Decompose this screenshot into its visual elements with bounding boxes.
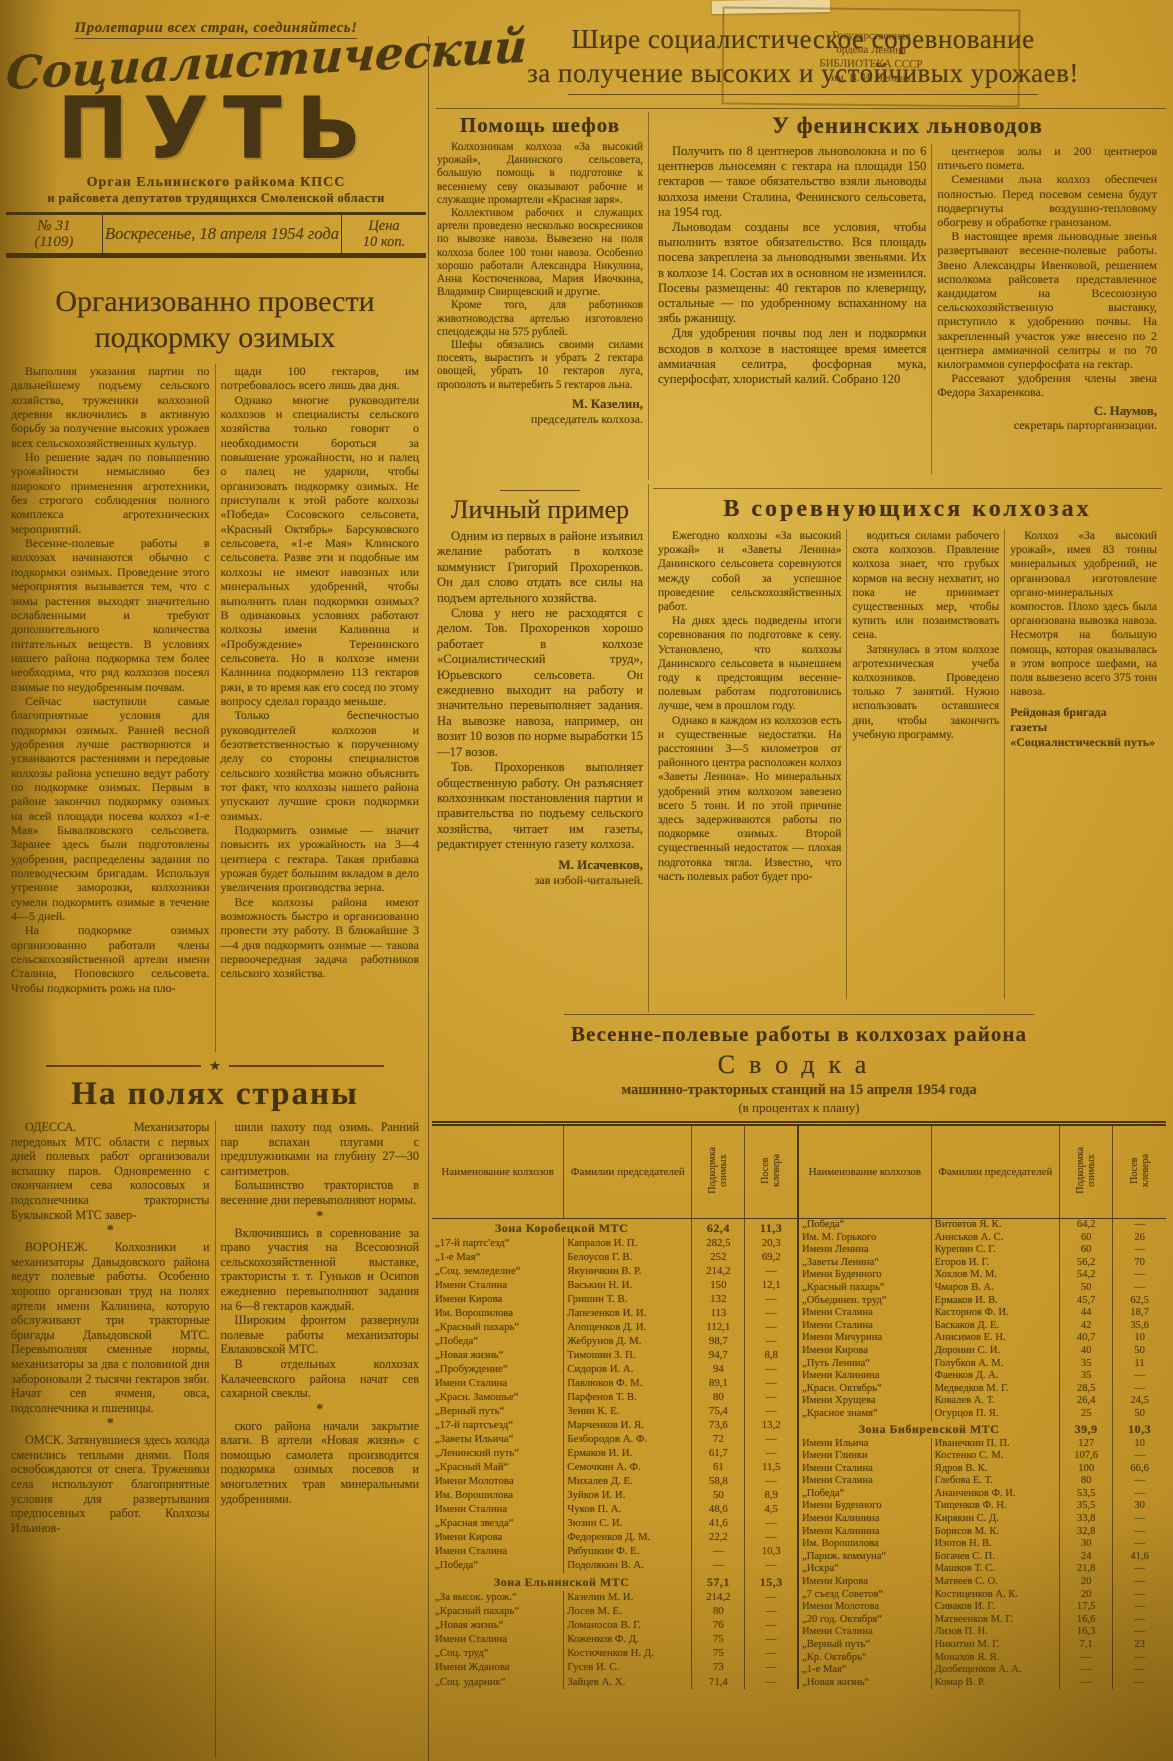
sorev-title: В соревнующихся колхозах bbox=[653, 488, 1162, 524]
paragraph: Включившись в соревнование за право учас… bbox=[221, 1226, 420, 1314]
kolkhoz-row: Им. ВорошиловаЗуйков И. И.508,9 bbox=[432, 1489, 798, 1503]
kolkhoz-row: „7 съезд Советов“Костиценков А. К.20— bbox=[799, 1589, 1166, 1602]
kolkhoz-row: Имени СталинаЯдров В. К.10066,6 bbox=[799, 1463, 1166, 1476]
paragraph: Весенне-полевые работы в колхозах начина… bbox=[11, 536, 210, 694]
paragraph: Но решение задач по повышению урожайност… bbox=[11, 450, 210, 536]
band-top-right: Помощь шефов Колхозникам колхоза «За выс… bbox=[432, 112, 1166, 480]
kolkhoz-row: Имени СталинаЧуков П. А.48,64,5 bbox=[432, 1503, 798, 1517]
kolkhoz-row: Имени КироваДоронин С. И.4050 bbox=[799, 1345, 1166, 1358]
lead-title-line2: подкормку озимых bbox=[6, 320, 424, 356]
signature-role: председатель колхоза. bbox=[437, 412, 643, 427]
kolkhoz-row: „Искра“Машков Т. С.21,8— bbox=[799, 1563, 1166, 1576]
newspaper-page: Пролетарии всех стран, соединяйтесь! Соц… bbox=[0, 0, 1173, 1761]
article-sorevnuyushchiesya: В соревнующихся колхозах Ежегодно колхоз… bbox=[648, 484, 1166, 1012]
kolkhoz-row: Имени ХрущеваКовалев А. Т.26,424,5 bbox=[799, 1395, 1166, 1408]
paragraph: Все колхозы района имеют возможность быс… bbox=[221, 895, 420, 981]
kolkhoz-row: Имени КалининаКирякин С. Д.33,8— bbox=[799, 1513, 1166, 1526]
paragraph: В отдельных колхозах Калачеевского район… bbox=[221, 1357, 420, 1401]
lead-title-line1: Организованно провести bbox=[6, 284, 424, 320]
kolkhoz-row: „Париж. коммуна“Богачев С. П.2441,6 bbox=[799, 1551, 1166, 1564]
article-lead: Организованно провести подкормку озимых … bbox=[6, 284, 424, 1056]
header-chairman: Фамилии председателей bbox=[564, 1126, 692, 1219]
kolkhoz-row: Имени МолотоваСиваков И. Г.17,5— bbox=[799, 1601, 1166, 1614]
paragraph: Тов. Прохоренков выполняет общественную … bbox=[437, 760, 643, 852]
kolkhoz-row: „Красный Май“Семочкин А. Ф.6111,5 bbox=[432, 1461, 798, 1475]
paragraph: Для удобрения почвы под лен и подкормки … bbox=[658, 326, 926, 387]
lead-article-columns: Выполняя указания партии по дальнейшему … bbox=[6, 364, 424, 1052]
svodka-title: Весенне-полевые работы в колхозах района bbox=[432, 1021, 1166, 1047]
stamp-line: БИБЛИОТЕКА СССР bbox=[819, 57, 922, 71]
article-feninskie-lnovody: У фенинских льноводов Получить по 8 цент… bbox=[648, 112, 1166, 480]
issue-price: Цена 10 коп. bbox=[341, 215, 426, 253]
svodka-subtitle2: машинно-тракторных станций на 15 апреля … bbox=[432, 1081, 1166, 1100]
kolkhoz-row: „17-й партс'езд“Капралов И. П.282,520,3 bbox=[432, 1237, 798, 1251]
kolkhoz-row: „Соц. труд“Костюченков Н. Д.75— bbox=[432, 1647, 798, 1661]
signature-name: С. Наумов, bbox=[937, 404, 1157, 418]
signature-role: секретарь парторганизации. bbox=[937, 418, 1157, 432]
issue-number: № 31 (1109) bbox=[6, 215, 103, 253]
signature-name: Рейдовая бригада bbox=[1010, 705, 1157, 720]
header-klever: Посев клевера bbox=[745, 1126, 798, 1219]
paragraph: На подкормке озимых организованно работа… bbox=[11, 923, 210, 995]
paragraph: ВОРОНЕЖ. Колхозники и механизаторы Давыд… bbox=[11, 1240, 210, 1415]
lead-column-2: щади 100 гектаров, им потребовалось всег… bbox=[215, 364, 425, 1052]
fenin-column-1: Получить по 8 центнеров льноволокна и по… bbox=[653, 144, 931, 474]
issue-no-line1: № 31 bbox=[8, 218, 100, 234]
kolkhoz-row: Имени КалининаФаенков Д. А.35— bbox=[799, 1370, 1166, 1383]
mts-table: Наименование колхозов Фамилии председате… bbox=[432, 1121, 1166, 1689]
paragraph: Льноводам созданы все условия, чтобы вып… bbox=[658, 220, 926, 326]
fenin-column-2-text: центнеров золы и 200 центнеров птичьего … bbox=[937, 144, 1157, 400]
paragraph: Кроме того, для работников животноводств… bbox=[437, 299, 643, 339]
paragraph: шили пахоту под озимь. Ранний пар вспаха… bbox=[221, 1120, 420, 1178]
kolkhoz-row: Имени МичуринаАнисимов Е. Н.40,710 bbox=[799, 1332, 1166, 1345]
kolkhoz-row: „Новая жизнь“Тимошин З. П.94,78,8 bbox=[432, 1349, 798, 1363]
star-separator: * bbox=[11, 1225, 210, 1237]
kolkhoz-row: „Победа“Витовтов Я. К.64,2— bbox=[799, 1219, 1166, 1232]
kolkhoz-row: „Путь Ленина“Голубков А. М.3511 bbox=[799, 1358, 1166, 1371]
fields-section-title: На полях страны bbox=[6, 1074, 424, 1114]
paragraph: Большинство трактористов в весенние дни … bbox=[221, 1178, 420, 1207]
sorev-signature: Рейдовая бригада газеты «Социалистически… bbox=[1010, 705, 1157, 750]
kolkhoz-row: Имени СталинаБаскаков Д. Е.4235,6 bbox=[799, 1320, 1166, 1333]
paragraph: Колхоз «За высокий урожай», имея 83 тонн… bbox=[1010, 529, 1157, 699]
star-separator: * bbox=[11, 1418, 210, 1430]
paragraph: Рассевают удобрения члены звена Федора З… bbox=[937, 371, 1157, 399]
kolkhoz-row: „20 год. Октября“Матвеенков М. Г.16,6— bbox=[799, 1614, 1166, 1627]
kolkhoz-row: Имени СталинаКоженков Ф. Д.75— bbox=[432, 1633, 798, 1647]
kolkhoz-row: „Пробуждение“Сидоров И. А.94— bbox=[432, 1363, 798, 1377]
kolkhoz-row: „Красный пахарь“Апощенков Д. И.112,1— bbox=[432, 1321, 798, 1335]
paragraph: ОМСК. Затянувшиеся здесь холода сменилис… bbox=[11, 1433, 210, 1535]
kolkhoz-row: Имени СталинаКасторнов Ф. И.4418,7 bbox=[799, 1307, 1166, 1320]
kolkhoz-row: „Соц. ударник“Зайцев А. Х.71,4— bbox=[432, 1675, 798, 1689]
kolkhoz-row: „Верный путь“Никитин М. Г.7,123 bbox=[799, 1639, 1166, 1652]
paragraph: щади 100 гектаров, им потребовалось всег… bbox=[221, 364, 420, 393]
rule-under-banner bbox=[436, 108, 1166, 109]
rule-with-star: ★ bbox=[46, 1058, 384, 1074]
paragraph: ского района начали закрытие влаги. В ар… bbox=[221, 1419, 420, 1507]
kolkhoz-row: Имени СталинаРябушкин Ф. Е.—10,3 bbox=[432, 1545, 798, 1559]
stamp-line: ордена Ленина bbox=[836, 43, 906, 57]
paragraph: ОДЕССА. Механизаторы передовых МТС облас… bbox=[11, 1120, 210, 1222]
pomosh-title: Помощь шефов bbox=[437, 112, 643, 138]
svodka-subtitle3: (в процентах к плану) bbox=[432, 1100, 1166, 1116]
kolkhoz-row: Им. ВорошиловаИзотов Н. В.30— bbox=[799, 1538, 1166, 1551]
table-header-row: Наименование колхозов Фамилии председате… bbox=[432, 1126, 798, 1219]
kolkhoz-row: Имени ГлинкиКостенко С. М.107,6— bbox=[799, 1450, 1166, 1463]
lichny-signature: М. Исачевков, зав избой-читальней. bbox=[437, 857, 643, 888]
kolkhoz-row: „Соц. земледелие“Якуничкин В. Р.214,2— bbox=[432, 1265, 798, 1279]
header-chairman: Фамилии председателей bbox=[931, 1126, 1059, 1219]
paragraph: Выполняя указания партии по дальнейшему … bbox=[11, 364, 210, 450]
header-podkormka: Подкормка озимых bbox=[692, 1126, 745, 1219]
stamp-line: Государственная bbox=[832, 29, 910, 43]
paragraph: В настоящее время льноводные звенья разв… bbox=[937, 229, 1157, 371]
sorev-column-2: водиться силами рабочего скота колхозов.… bbox=[846, 529, 1004, 999]
organ-line-2: и райсовета депутатов трудящихся Смоленс… bbox=[6, 191, 426, 206]
fenin-column-2: центнеров золы и 200 центнеров птичьего … bbox=[931, 144, 1162, 474]
kolkhoz-row: „Победа“Ананченков Ф. И.53,5— bbox=[799, 1488, 1166, 1501]
mts-zone-row: Зона Ельнинской МТС57,115,3 bbox=[432, 1573, 798, 1591]
newspaper-title-block: ПУТЬ bbox=[6, 87, 426, 171]
mts-zone-row: Зона Коробецкой МТС62,411,3 bbox=[432, 1219, 798, 1238]
kolkhoz-row: Имени СталинаГлебова Е. Т.80— bbox=[799, 1475, 1166, 1488]
fields-columns: ОДЕССА. Механизаторы передовых МТС облас… bbox=[6, 1120, 424, 1758]
kolkhoz-row: Имени ЖдановаГусев И. С.73— bbox=[432, 1661, 798, 1675]
paragraph: Сейчас наступили самые благоприятные усл… bbox=[11, 694, 210, 924]
table-header-row: Наименование колхозов Фамилии председате… bbox=[799, 1126, 1166, 1219]
paragraph: Одним из первых в районе изъявил желание… bbox=[437, 529, 643, 606]
mini-rule bbox=[500, 490, 580, 491]
kolkhoz-row: Имени БуденногоТищенков Ф. Н.35,530 bbox=[799, 1500, 1166, 1513]
kolkhoz-row: „Кр. Октябрь“Монахов Я. Я.—— bbox=[799, 1652, 1166, 1665]
header-kolkhoz-name: Наименование колхозов bbox=[799, 1126, 931, 1219]
mts-table-left-half: Наименование колхозов Фамилии председате… bbox=[432, 1126, 799, 1689]
paragraph: водиться силами рабочего скота колхозов.… bbox=[852, 529, 999, 643]
svodka-top-rule bbox=[564, 1014, 1034, 1015]
fields-column-2: шили пахоту под озимь. Ранний пар вспаха… bbox=[215, 1120, 425, 1758]
main-vertical-rule bbox=[428, 36, 429, 1761]
kolkhoz-row: „Ленинский путь“Ермаков И. И.61,7— bbox=[432, 1447, 798, 1461]
paragraph: Однако в каждом из колхозов есть и сущес… bbox=[658, 714, 841, 884]
kolkhoz-row: Имени КалининаБорисов М. К.32,8— bbox=[799, 1526, 1166, 1539]
star-icon: ★ bbox=[209, 1058, 221, 1074]
paragraph: Однако многие руководители колхозов и сп… bbox=[221, 393, 420, 709]
lichny-text: Одним из первых в районе изъявил желание… bbox=[437, 529, 643, 853]
paragraph: Ежегодно колхозы «За высокий урожай» и «… bbox=[658, 529, 841, 614]
kolkhoz-row: Им. ВорошиловаЛапезенков И. И.113— bbox=[432, 1307, 798, 1321]
mts-zone-row: Зона Бибиревской МТС39,910,3 bbox=[799, 1421, 1166, 1438]
sorev-column-3-text: Колхоз «За высокий урожай», имея 83 тонн… bbox=[1010, 529, 1157, 699]
article-lichny-primer: Личный пример Одним из первых в районе и… bbox=[432, 484, 648, 1012]
price-label: Цена bbox=[344, 218, 424, 234]
paragraph: Шефы обязались своими силами посеять, вы… bbox=[437, 339, 643, 392]
kolkhoz-row: „Заветы Ленина“Егоров И. Г.56,270 bbox=[799, 1257, 1166, 1270]
kolkhoz-row: „Заветы Ильича“Безбородов А. Ф.72— bbox=[432, 1433, 798, 1447]
svodka-subtitle: Сводка bbox=[432, 1049, 1166, 1081]
kolkhoz-row: „1-е Мая“Белоусов Г. В.25269,2 bbox=[432, 1251, 798, 1265]
kolkhoz-row: „Красн. Октябрь“Медведков М. Г.28,5— bbox=[799, 1383, 1166, 1396]
issue-date: Воскресенье, 18 апреля 1954 года bbox=[103, 215, 341, 253]
issue-no-line2: (1109) bbox=[8, 234, 100, 250]
star-separator: * bbox=[221, 1211, 420, 1223]
library-stamp: Государственная ордена Ленина БИБЛИОТЕКА… bbox=[721, 6, 1020, 107]
kolkhoz-row: „Победа“Жебрунов Д. М.98,7— bbox=[432, 1335, 798, 1349]
signature-name: М. Казелин, bbox=[437, 396, 643, 412]
signature-name: М. Исачевков, bbox=[437, 857, 643, 873]
lead-column-1: Выполняя указания партии по дальнейшему … bbox=[6, 364, 215, 1052]
paragraph: Семенами льна колхоз обеспечен полностью… bbox=[937, 172, 1157, 229]
article-pomosh-shefov: Помощь шефов Колхозникам колхоза «За выс… bbox=[432, 112, 648, 480]
kolkhoz-row: Имени МолотоваМихалев Д. Е.58,8— bbox=[432, 1475, 798, 1489]
kolkhoz-row: „Объединен. труд“Ермаков И. В.45,762,5 bbox=[799, 1295, 1166, 1308]
sorev-column-3: Колхоз «За высокий урожай», имея 83 тонн… bbox=[1004, 529, 1162, 999]
issue-bar: № 31 (1109) Воскресенье, 18 апреля 1954 … bbox=[6, 212, 426, 258]
paragraph: Только беспечностью руководителей колхоз… bbox=[221, 708, 420, 823]
paragraph: Затянулась в этом колхозе агротехническа… bbox=[852, 643, 999, 742]
kolkhoz-row: „Красный пахарь“Чмаров В. А.50— bbox=[799, 1282, 1166, 1295]
kolkhoz-row: Имени ЛенинаКурепин С. Г.60— bbox=[799, 1244, 1166, 1257]
table-body-right: „Победа“Витовтов Я. К.64,2—Им. М. Горько… bbox=[799, 1219, 1166, 1690]
kolkhoz-row: „Красное знамя“Огурцов П. Я.2550 bbox=[799, 1408, 1166, 1421]
paragraph: Слова у него не расходятся с делом. Тов.… bbox=[437, 606, 643, 760]
kolkhoz-row: „1-е Мая“Долбещенков А. А.—— bbox=[799, 1664, 1166, 1677]
lead-article-title: Организованно провести подкормку озимых bbox=[6, 284, 424, 356]
kolkhoz-row: Имени ИльичаИванечкин П. П.12710 bbox=[799, 1438, 1166, 1451]
pomosh-signature: М. Казелин, председатель колхоза. bbox=[437, 396, 643, 427]
masthead: Пролетарии всех стран, соединяйтесь! Соц… bbox=[6, 6, 426, 280]
mts-table-right-half: Наименование колхозов Фамилии председате… bbox=[799, 1126, 1166, 1689]
kolkhoz-row: „Верный путь“Зенин К. Е.75,4— bbox=[432, 1405, 798, 1419]
kolkhoz-row: „Победа“Подолякин В. А.—— bbox=[432, 1559, 798, 1573]
paragraph: Получить по 8 центнеров льноволокна и по… bbox=[658, 144, 926, 220]
kolkhoz-row: „За высок. урож.“Казелин М. И.214,2— bbox=[432, 1591, 798, 1605]
lichny-title: Личный пример bbox=[437, 495, 643, 525]
svodka-section: Весенне-полевые работы в колхозах района… bbox=[432, 1014, 1166, 1761]
sorev-column-1: Ежегодно колхозы «За высокий урожай» и «… bbox=[653, 529, 846, 999]
kolkhoz-row: Имени СталинаВаськин Н. И.15012,1 bbox=[432, 1279, 798, 1293]
kolkhoz-row: „Красн. Замошье“Парфенов Т. В.80— bbox=[432, 1391, 798, 1405]
header-podkormka: Подкормка озимых bbox=[1060, 1126, 1113, 1219]
header-klever: Посев клевера bbox=[1113, 1126, 1166, 1219]
kolkhoz-row: „Новая жизнь“Ломаносов В. Г.76— bbox=[432, 1619, 798, 1633]
signature-role: зав избой-читальней. bbox=[437, 873, 643, 888]
kolkhoz-row: Им. М. ГорькогоАниськов А. С.6026 bbox=[799, 1232, 1166, 1245]
fenin-title: У фенинских льноводов bbox=[653, 112, 1162, 140]
kolkhoz-row: Имени КироваГришин Т. В.132— bbox=[432, 1293, 798, 1307]
kolkhoz-row: „Новая жизнь“Комар В. Р.—— bbox=[799, 1677, 1166, 1690]
kolkhoz-row: „17-й партсъезд“Марченков И. Я.73,613,2 bbox=[432, 1419, 798, 1433]
section-fields-of-country: ★ На полях страны ОДЕССА. Механизаторы п… bbox=[6, 1058, 424, 1758]
paragraph: Коллективом рабочих и служащих артели пр… bbox=[437, 207, 643, 299]
fields-column-1: ОДЕССА. Механизаторы передовых МТС облас… bbox=[6, 1120, 215, 1758]
paragraph: Подкормить озимые — значит повысить их у… bbox=[221, 823, 420, 895]
kolkhoz-row: Имени КироваМатвеев С. О.20— bbox=[799, 1576, 1166, 1589]
kolkhoz-row: Имени СталинаЛизов П. Н.16,3— bbox=[799, 1626, 1166, 1639]
kolkhoz-row: Имени КироваФедоренков Д. М.22,2— bbox=[432, 1531, 798, 1545]
band-mid-right: Личный пример Одним из первых в районе и… bbox=[432, 484, 1166, 1012]
price-value: 10 коп. bbox=[344, 234, 424, 250]
header-kolkhoz-name: Наименование колхозов bbox=[432, 1126, 564, 1219]
fenin-signature: С. Наумов, секретарь парторганизации. bbox=[937, 404, 1157, 432]
kolkhoz-row: Имени БуденногоХохлов М. М.54,2— bbox=[799, 1269, 1166, 1282]
kolkhoz-row: „Красный пахарь“Лосев М. Е.80— bbox=[432, 1605, 798, 1619]
table-body-left: Зона Коробецкой МТС62,411,3„17-й партс'е… bbox=[432, 1219, 798, 1690]
paragraph: Колхозникам колхоза «За высокий урожай»,… bbox=[437, 141, 643, 207]
pomosh-text: Колхозникам колхоза «За высокий урожай»,… bbox=[437, 141, 643, 392]
paragraph: Широким фронтом развернули полевые работ… bbox=[221, 1313, 420, 1357]
star-separator: * bbox=[221, 1404, 420, 1416]
paragraph: центнеров золы и 200 центнеров птичьего … bbox=[937, 144, 1157, 172]
kolkhoz-row: Имени СталинаПавлюков Ф. М.89,1— bbox=[432, 1377, 798, 1391]
kolkhoz-row: „Красная звезда“Зюзин С. И.41,6— bbox=[432, 1517, 798, 1531]
signature-role: газеты «Социалистический путь» bbox=[1010, 720, 1157, 750]
stamp-line: им. В. И. Ленина bbox=[831, 71, 911, 85]
paragraph: На днях здесь подведены итоги соревнован… bbox=[658, 614, 841, 713]
